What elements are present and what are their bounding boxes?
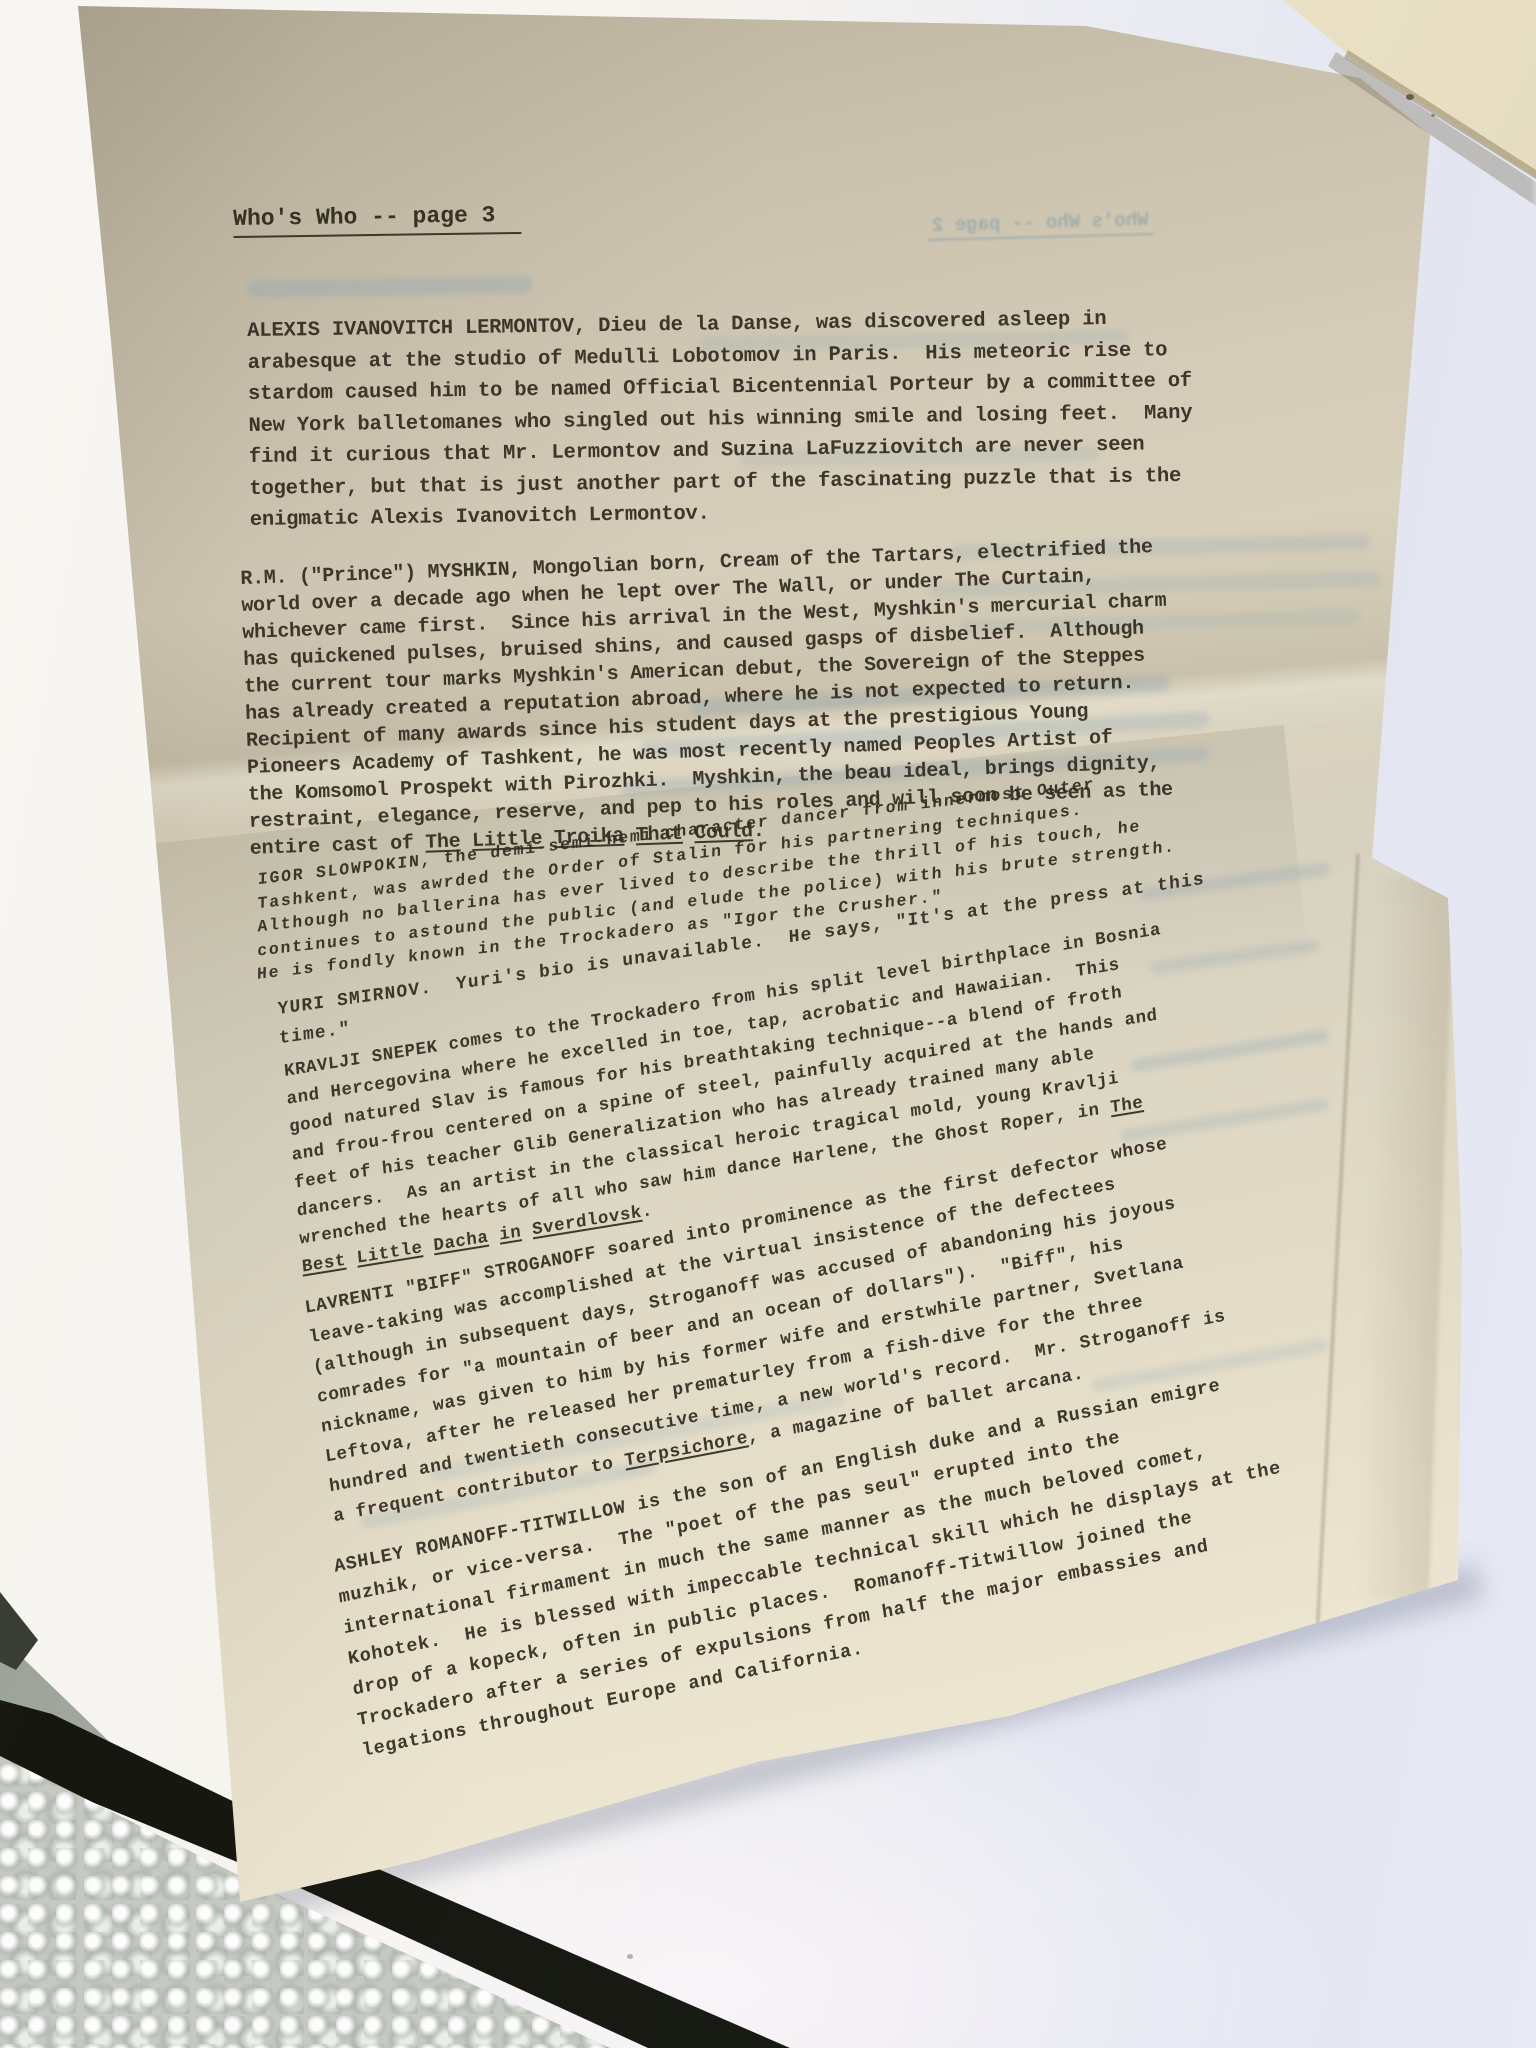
bio-paragraph-lermontov: ALEXIS IVANOVITCH LERMONTOV, Dieu de la … [247, 303, 1194, 537]
page-header: Who's Who -- page 3 [233, 202, 522, 238]
paper-speck [1406, 94, 1414, 100]
photo-scene: Who's Who -- page 2 Who's Who -- page 3 … [0, 0, 1536, 2048]
paper-speck [1431, 114, 1435, 117]
dust-speck [627, 1954, 633, 1959]
